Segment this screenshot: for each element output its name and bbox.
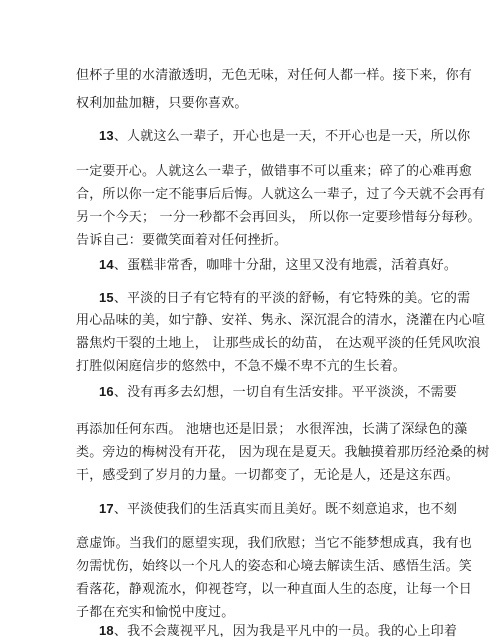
item-text: 、没有再多去幻想，一切自有生活安排。平平淡淡，不需要 — [114, 385, 457, 400]
numbered-item-line: 18、我不会蔑视平凡，因为我是平凡中的一员。我的心上印着 — [99, 623, 457, 637]
paragraph-line: 权利加盐加糖，只要你喜欢。 — [76, 96, 248, 112]
paragraph-line: 告诉自己：要微笑面着对任何挫折。 — [76, 233, 287, 249]
paragraph-line: 子都在充实和愉悦中度过。 — [76, 605, 234, 621]
paragraph-line: 干，感受到了岁月的力量。一切都变了，无论是人，还是这东西。 — [76, 468, 459, 484]
paragraph-line: 打胜似闲庭信步的悠然中，不急不燥不卑不亢的生长着。 — [76, 359, 406, 375]
paragraph-line: 嚣焦灼干裂的土地上， 让那些成长的幼苗， 在达观平淡的任凭风吹浪 — [76, 336, 481, 352]
item-text: 、人就这么一辈子，开心也是一天，不开心也是一天，所以你 — [114, 129, 470, 144]
numbered-item-line: 15、平淡的日子有它特有的平淡的舒畅，有它特殊的美。它的需 — [99, 290, 470, 307]
item-number: 16 — [99, 384, 114, 399]
paragraph-line: 再添加任何东西。 池塘也还是旧景； 水很浑浊，长满了深绿色的藻 — [76, 422, 467, 438]
item-number: 17 — [99, 501, 114, 516]
paragraph-line: 意虚饰。当我们的愿望实现，我们欣慰；当它不能梦想成真，我有也 — [76, 536, 472, 552]
item-number: 13 — [99, 128, 114, 143]
paragraph-line: 另一个今天； 一分一秒都不会再回头， 所以你一定要珍惜每分每秒。 — [76, 210, 481, 226]
item-number: 15 — [99, 290, 114, 305]
paragraph-line: 类。旁边的梅树没有开花， 因为现在是夏天。我触摸着那历经沧桑的树 — [76, 445, 490, 461]
paragraph-line: 看落花，静观流水，仰视苍穹，以一种直面人生的态度，让每一个日 — [76, 582, 472, 598]
numbered-item-line: 14、蛋糕非常香，咖啡十分甜，这里又没有地震，活着真好。 — [99, 257, 457, 274]
paragraph-line: 合，所以你一定不能事后后悔。人就这么一辈子，过了今天就不会再有 — [76, 187, 485, 203]
item-text: 、我不会蔑视平凡，因为我是平凡中的一员。我的心上印着 — [114, 624, 457, 637]
paragraph-line: 用心品味的美，如宁静、安祥、隽永、深沉混合的清水，浇灌在内心喧 — [76, 313, 485, 329]
item-text: 、蛋糕非常香，咖啡十分甜，这里又没有地震，活着真好。 — [114, 258, 457, 273]
numbered-item-line: 16、没有再多去幻想，一切自有生活安排。平平淡淡，不需要 — [99, 384, 457, 401]
paragraph-line: 一定要开心。人就这么一辈子，做错事不可以重来；碎了的心难再愈 — [76, 164, 472, 180]
numbered-item-line: 17、平淡使我们的生活真实而且美好。既不刻意追求，也不刻 — [99, 501, 457, 518]
numbered-item-line: 13、人就这么一辈子，开心也是一天，不开心也是一天，所以你 — [99, 128, 470, 145]
paragraph-line: 但杯子里的水清澈透明，无色无味，对任何人都一样。接下来，你有 — [76, 68, 472, 84]
item-number: 18 — [99, 623, 114, 637]
item-text: 、平淡的日子有它特有的平淡的舒畅，有它特殊的美。它的需 — [114, 291, 470, 306]
paragraph-line: 勿需忧伤，始终以一个凡人的姿态和心境去解读生活、感悟生活。笑 — [76, 559, 472, 575]
item-number: 14 — [99, 257, 114, 272]
item-text: 、平淡使我们的生活真实而且美好。既不刻意追求，也不刻 — [114, 502, 457, 517]
